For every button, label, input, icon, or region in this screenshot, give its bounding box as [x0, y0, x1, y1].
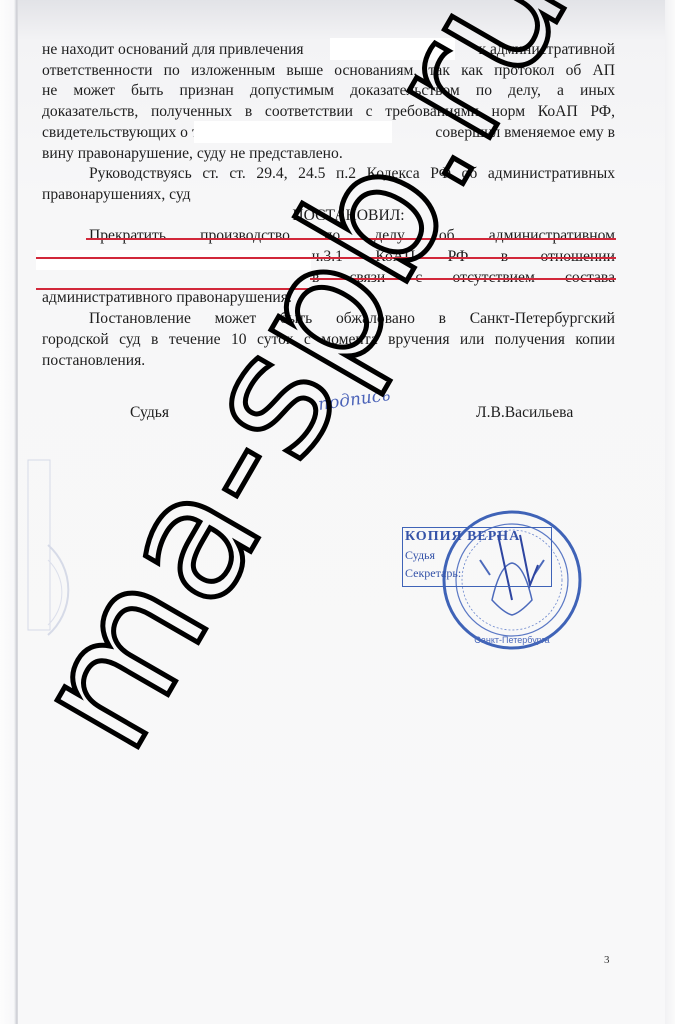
red-underline: [86, 238, 616, 240]
text-fragment: к административной: [479, 40, 615, 61]
text-line: не может быть признан допустимым доказат…: [42, 81, 615, 102]
redaction: [194, 121, 392, 143]
copy-box-judge: Судья: [405, 546, 551, 564]
text-fragment: административного правонарушения: [42, 289, 288, 306]
redaction: [330, 38, 455, 60]
text-line: постановления.: [42, 351, 615, 372]
copy-box-title: КОПИЯ ВЕРНА: [405, 528, 551, 546]
text-fragment: .: [288, 289, 292, 306]
text-line: Прекратить производство по делу об админ…: [42, 226, 615, 247]
text-line: Руководствуясь ст. ст. 29.4, 24.5 п.2 Ко…: [42, 164, 615, 185]
text-line: доказательств, полученных в соответствии…: [42, 102, 615, 123]
text-line: Постановление может быть обжаловано в Са…: [42, 309, 615, 330]
text-fragment: не находит оснований для привлечения: [42, 41, 304, 58]
red-underline: [36, 288, 312, 290]
judge-name: Л.В.Васильева: [476, 404, 573, 422]
text-line: административного правонарушения.: [42, 288, 615, 309]
scan-edge-left: [0, 0, 18, 1024]
text-fragment: совершил вменяемое ему в: [435, 123, 615, 144]
judge-title: Судья: [130, 404, 169, 422]
text-line: ответственности по изложенным выше основ…: [42, 61, 615, 82]
copy-box-secretary: Секретарь:: [405, 564, 551, 582]
ruling-heading: ПОСТАНОВИЛ:: [42, 206, 615, 227]
text-line: правонарушениях, суд: [42, 185, 615, 206]
svg-text:Санкт-Петербурга: Санкт-Петербурга: [474, 635, 549, 645]
text-line: вину правонарушение, суду не представлен…: [42, 144, 615, 165]
faint-stamp-bleedthrough: [18, 450, 118, 650]
red-underline: [310, 278, 616, 280]
scan-edge-right: [665, 0, 675, 1024]
red-underline: [36, 257, 616, 259]
page-number: 3: [604, 954, 610, 966]
text-line: не находит оснований для привлечения к а…: [42, 40, 615, 61]
copy-certification-box: КОПИЯ ВЕРНА Судья Секретарь:: [402, 527, 552, 587]
redaction: [36, 250, 311, 270]
text-line: городской суд в течение 10 суток с момен…: [42, 330, 615, 351]
